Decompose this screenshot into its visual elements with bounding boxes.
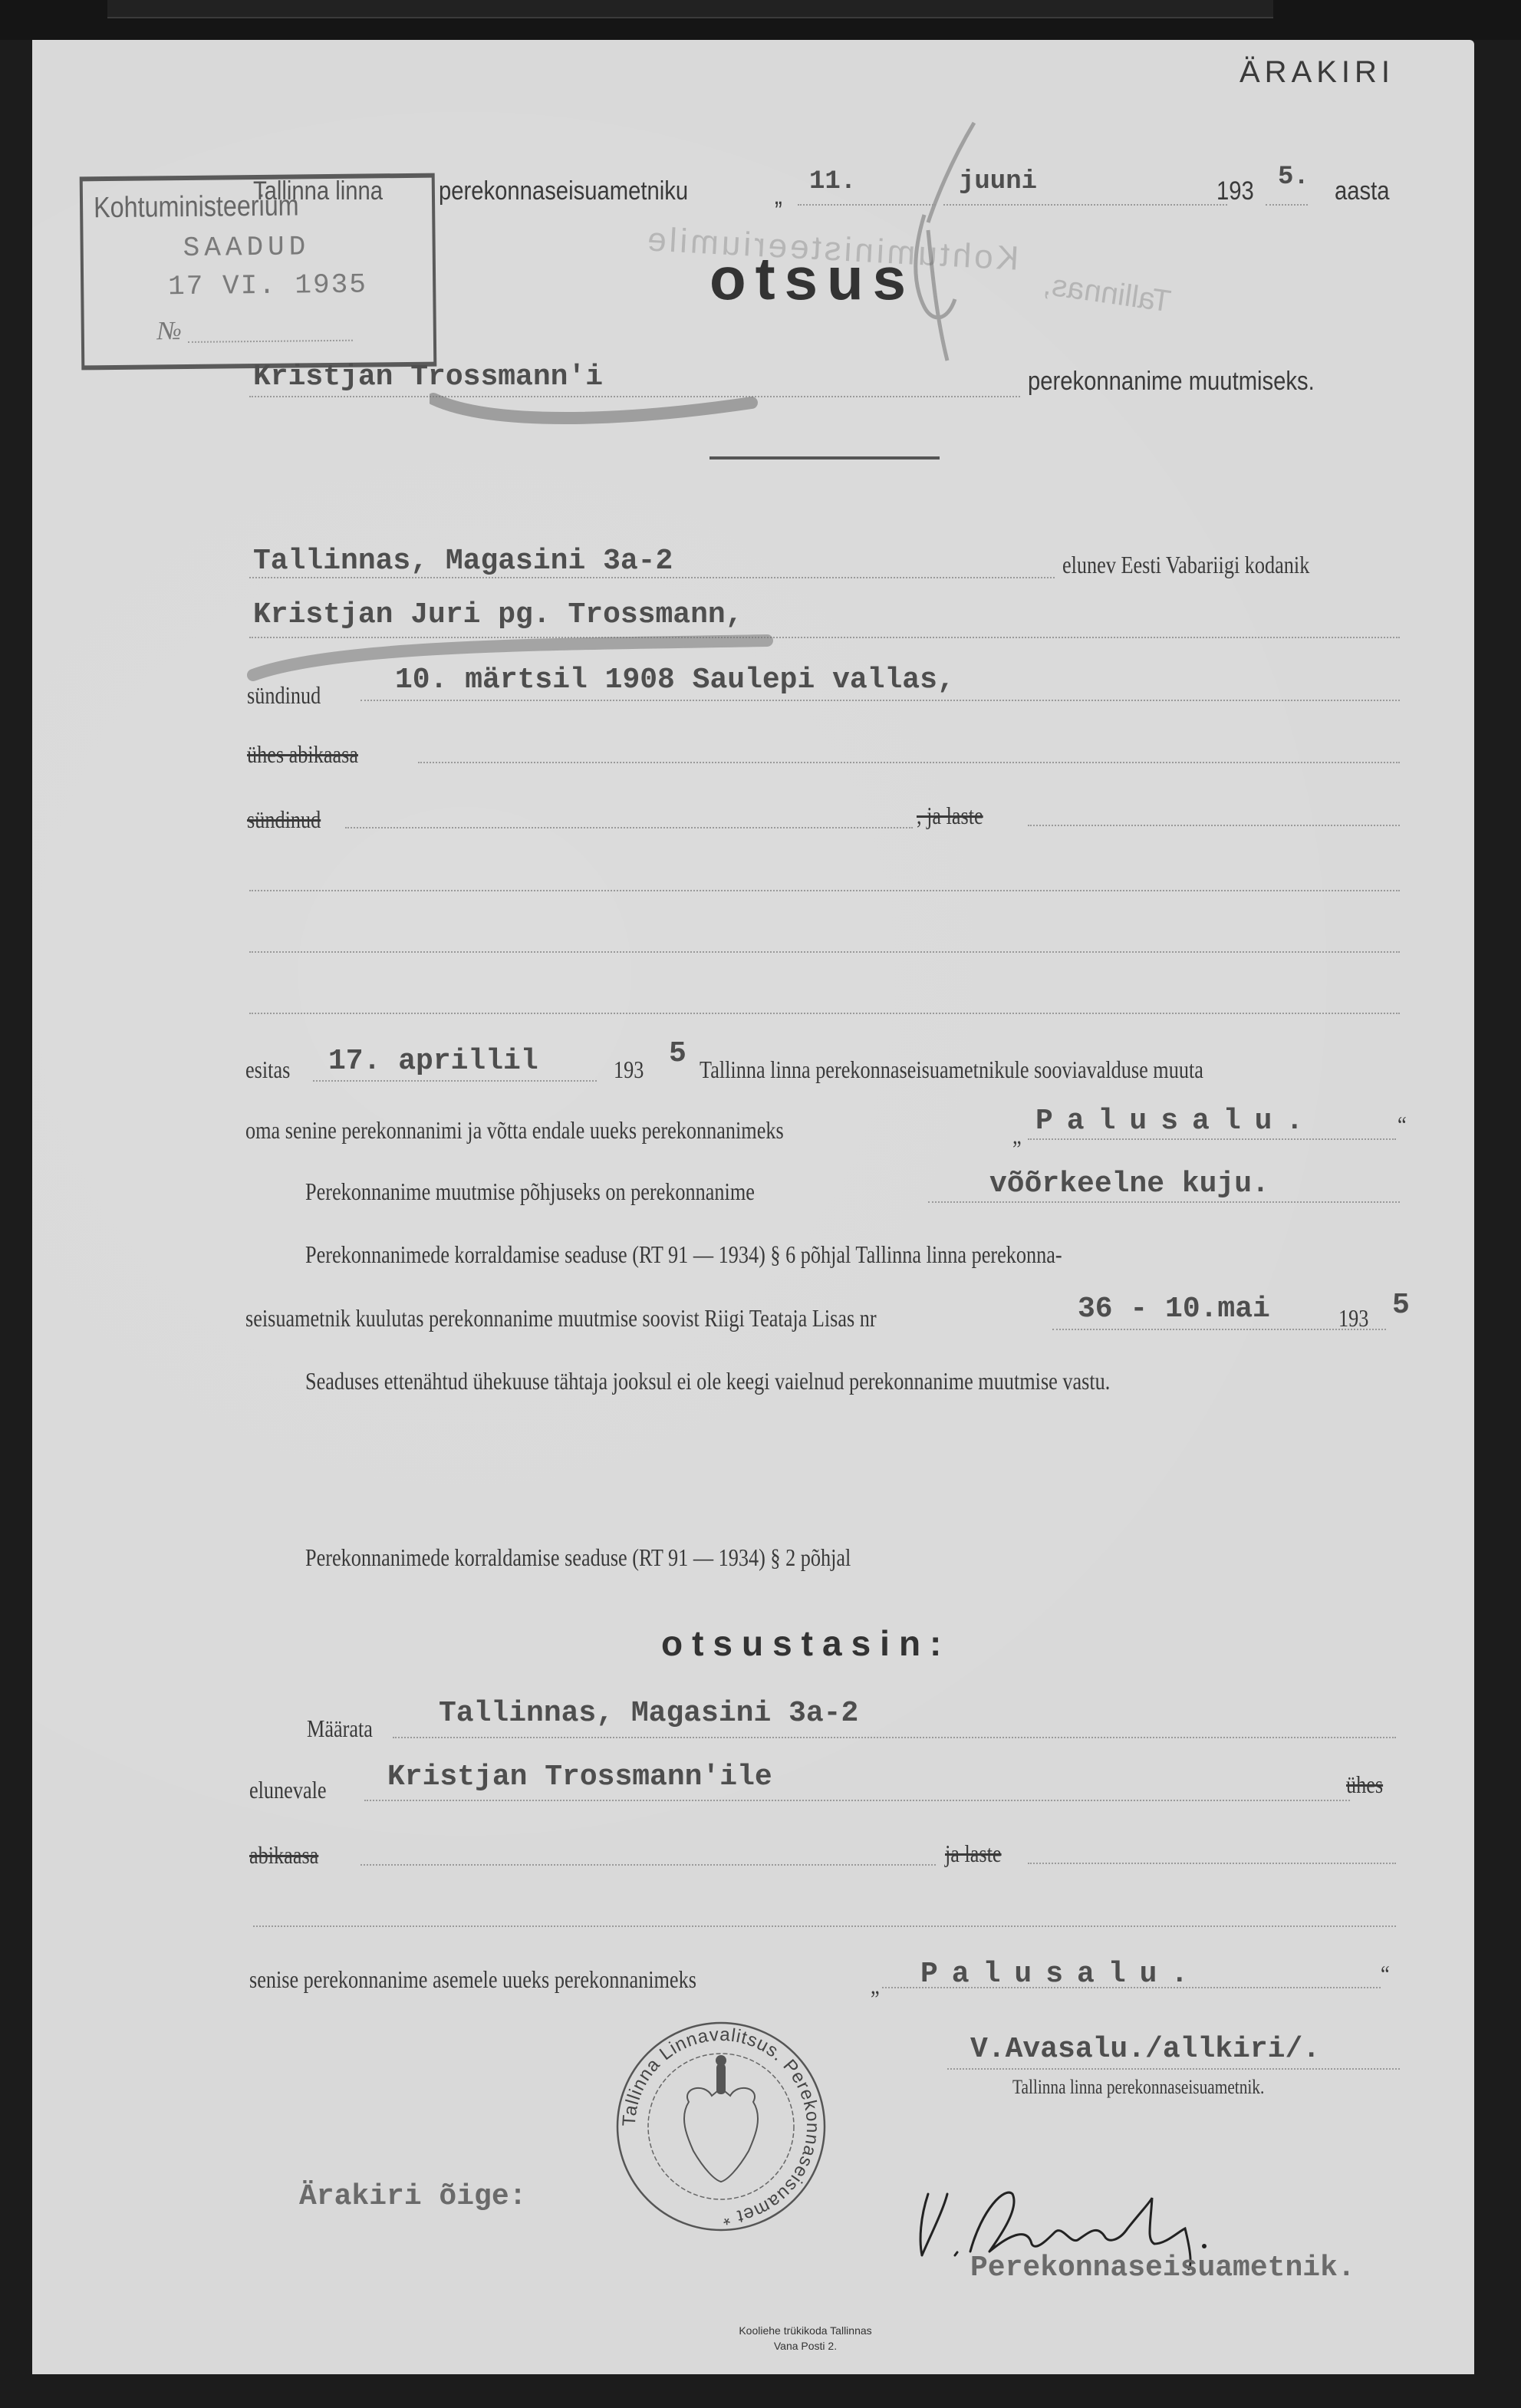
- blank-line-2: [249, 951, 1400, 953]
- decision-heading: otsustasin:: [661, 1622, 950, 1664]
- blank-line-3: [249, 1013, 1400, 1014]
- binder-strip: [107, 0, 1273, 18]
- decision-children-label: ja laste: [945, 1840, 1002, 1868]
- day-field-line: [798, 204, 936, 206]
- spouse-born-label: sündinud: [247, 805, 321, 834]
- printer-line-1: Kooliehe trükikoda Tallinnas: [690, 2324, 920, 2337]
- resident-value: Kristjan Trossmann'ile: [387, 1761, 772, 1794]
- residence-value: Tallinnas, Magasini 3a-2: [253, 545, 673, 578]
- stamp-number-label: №: [157, 317, 182, 346]
- gazette-field-line: [1052, 1329, 1386, 1330]
- seal-text: Tallinna Linnavalitsus. Perekonnaseisuam…: [619, 2024, 823, 2228]
- assign-value: Tallinnas, Magasini 3a-2: [439, 1697, 858, 1730]
- month-field-line: [943, 204, 1227, 206]
- printer-line-2: Vana Posti 2.: [690, 2340, 920, 2352]
- certified-label: Ärakiri õige:: [299, 2180, 526, 2213]
- quote-open: „: [775, 181, 782, 211]
- decision-spouse-label: abikaasa: [249, 1841, 318, 1869]
- svg-text:Tallinna Linnavalitsus. Pereko: Tallinna Linnavalitsus. Perekonnaseisuam…: [619, 2024, 823, 2228]
- law-paragraph-1: Perekonnanimede korraldamise seaduse (RT…: [305, 1240, 1062, 1269]
- gazette-year-prefix: 193: [1338, 1304, 1368, 1332]
- new-name-field-line: [1028, 1138, 1396, 1140]
- blank-line-1: [249, 890, 1400, 891]
- born-value: 10. märtsil 1908 Saulepi vallas,: [395, 664, 955, 697]
- submitted-year-suffix: 5: [669, 1037, 686, 1070]
- signature-line: [947, 2068, 1400, 2070]
- decision-new-name: Palusalu.: [920, 1958, 1202, 1991]
- year-suffix: 5.: [1278, 163, 1309, 192]
- spouse-born-field-line: [345, 827, 913, 828]
- separator-rule: [709, 456, 940, 460]
- children-label: , ja laste: [917, 802, 983, 830]
- decision-new-name-label: senise perekonnanime asemele uueks perek…: [249, 1965, 696, 1994]
- submitted-year-prefix: 193: [614, 1056, 644, 1084]
- born-label: sündinud: [247, 681, 321, 710]
- born-field-line: [360, 700, 1400, 701]
- pencil-underline-icon: [430, 387, 767, 433]
- new-name-value: Palusalu.: [1035, 1105, 1317, 1138]
- year-field-line: [1266, 204, 1308, 206]
- year-label: aasta: [1335, 176, 1390, 206]
- submitted-date: 17. aprillil: [328, 1045, 538, 1078]
- submitted-label: esitas: [245, 1056, 290, 1084]
- decision-quote-close: “: [1381, 1960, 1390, 1988]
- stamp-number-field: [188, 340, 353, 343]
- reason-field-line: [928, 1201, 1400, 1203]
- gazette-value: 36 - 10.mai: [1078, 1293, 1270, 1326]
- document-header-label: ÄRAKIRI: [1240, 55, 1394, 90]
- decision-spouse-field-line: [360, 1864, 936, 1866]
- day-value: 11.: [809, 167, 856, 196]
- no-objection-text: Seaduses ettenähtud ühekuuse tähtaja joo…: [305, 1367, 1110, 1395]
- assign-field-line: [393, 1737, 1396, 1738]
- stamp-status: SAADUD: [183, 231, 310, 264]
- submitted-date-line: [313, 1080, 597, 1082]
- signer-role: Perekonnaseisuametnik.: [970, 2252, 1355, 2284]
- children-field-line: [1028, 825, 1400, 826]
- resident-field-line: [364, 1800, 1350, 1801]
- law-paragraph-2: seisuametnik kuulutas perekonnanime muut…: [245, 1304, 877, 1332]
- year-prefix: 193: [1216, 176, 1254, 206]
- authority-prefix: Tallinna linna: [253, 176, 383, 206]
- document-title: otsus: [709, 244, 915, 314]
- residence-field-line: [249, 577, 1055, 578]
- resident-label: elunevale: [249, 1776, 327, 1804]
- gazette-year-suffix: 5: [1392, 1289, 1410, 1322]
- spouse-label: ühes abikaasa: [247, 740, 358, 769]
- stamp-date: 17 VI. 1935: [168, 269, 367, 303]
- official-title: Tallinna linna perekonnaseisuametnik.: [1012, 2076, 1264, 2099]
- application-text-2: oma senine perekonnanimi ja võtta endale…: [245, 1116, 784, 1145]
- spouse-field-line: [418, 762, 1400, 763]
- decision-legal-basis: Perekonnanimede korraldamise seaduse (RT…: [305, 1543, 851, 1572]
- typed-signature: V.Avasalu./allkiri/.: [970, 2033, 1320, 2066]
- decision-children-field-line: [1028, 1863, 1396, 1864]
- full-name-value: Kristjan Juri pg. Trossmann,: [253, 598, 743, 631]
- decision-quote-open: „: [871, 1972, 880, 2000]
- reason-value: võõrkeelne kuju.: [989, 1168, 1269, 1201]
- together-label: ühes: [1346, 1771, 1383, 1799]
- authority-label: perekonnaseisuametniku: [439, 176, 688, 206]
- residence-label: elunev Eesti Vabariigi kodanik: [1062, 551, 1309, 579]
- decision-blank-line: [253, 1925, 1396, 1927]
- binder-top: [0, 0, 1521, 40]
- new-name-quote-close: “: [1398, 1111, 1407, 1139]
- assign-label: Määrata: [307, 1715, 373, 1743]
- subject-label: perekonnanime muutmiseks.: [1028, 367, 1315, 397]
- month-value: juuni: [959, 167, 1037, 196]
- new-name-quote-open: „: [1012, 1122, 1022, 1150]
- reason-label: Perekonnanime muutmise põhjuseks on pere…: [305, 1178, 755, 1206]
- application-text-1: Tallinna linna perekonnaseisuametnikule …: [700, 1056, 1203, 1084]
- official-seal-icon: Tallinna Linnavalitsus. Perekonnaseisuam…: [614, 2019, 828, 2234]
